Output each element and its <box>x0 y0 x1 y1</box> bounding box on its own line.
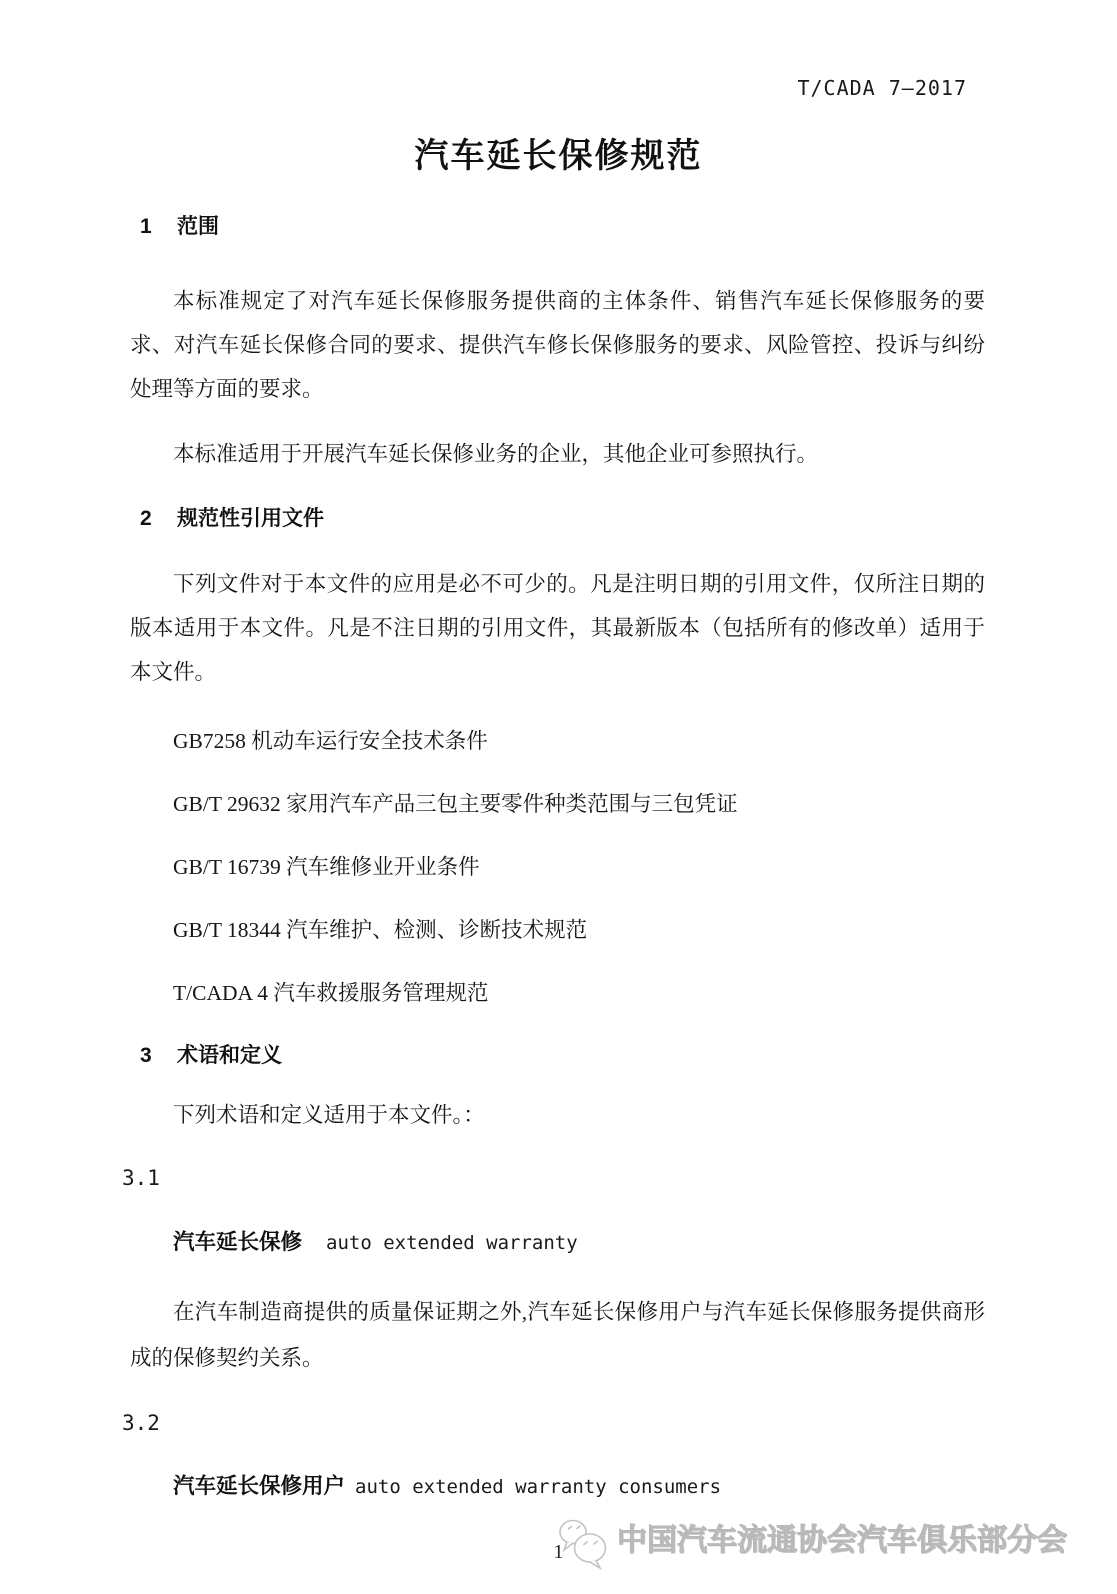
reference-item: GB/T 18344 汽车维护、检测、诊断技术规范 <box>173 908 985 952</box>
section-3-label: 术语和定义 <box>177 1041 282 1071</box>
reference-item: GB/T 16739 汽车维修业开业条件 <box>173 845 985 889</box>
wechat-icon <box>555 1510 611 1572</box>
reference-item: T/CADA 4 汽车救援服务管理规范 <box>173 971 985 1015</box>
document-page: T/CADA 7—2017 汽车延长保修规范 1 范围 本标准规定了对汽车延长保… <box>0 0 1117 1594</box>
references-intro-paragraph: 下列文件对于本文件的应用是必不可少的。凡是注明日期的引用文件，仅所注日期的版本适… <box>130 562 985 694</box>
section-3-number: 3 <box>140 1041 177 1071</box>
reference-item: GB/T 29632 家用汽车产品三包主要零件种类范围与三包凭证 <box>173 782 985 826</box>
standard-code: T/CADA 7—2017 <box>797 74 967 102</box>
term-3-1-number: 3.1 <box>122 1163 160 1193</box>
section-2-number: 2 <box>140 504 177 534</box>
term-3-1-title: 汽车延长保修 auto extended warranty <box>173 1227 578 1258</box>
terms-intro-paragraph: 下列术语和定义适用于本文件。： <box>173 1093 985 1137</box>
term-3-2-title-en: auto extended warranty consumers <box>355 1472 721 1502</box>
document-title: 汽车延长保修规范 <box>0 134 1117 178</box>
section-2-heading: 2 规范性引用文件 <box>140 504 324 534</box>
footer-watermark: 中国汽车流通协会汽车俱乐部分会 <box>555 1510 1067 1572</box>
section-1-number: 1 <box>140 212 177 242</box>
term-3-2-number: 3.2 <box>122 1408 160 1438</box>
term-3-1-title-en: auto extended warranty <box>326 1228 578 1258</box>
section-3-heading: 3 术语和定义 <box>140 1041 282 1071</box>
scope-paragraph-1: 本标准规定了对汽车延长保修服务提供商的主体条件、销售汽车延长保修服务的要求、对汽… <box>130 279 985 411</box>
watermark-text: 中国汽车流通协会汽车俱乐部分会 <box>617 1510 1067 1572</box>
reference-item: GB7258 机动车运行安全技术条件 <box>173 719 985 763</box>
term-3-1-title-zh: 汽车延长保修 <box>173 1227 302 1257</box>
section-2-label: 规范性引用文件 <box>177 504 324 534</box>
normative-references-list: GB7258 机动车运行安全技术条件 GB/T 29632 家用汽车产品三包主要… <box>173 719 985 1034</box>
section-1-heading: 1 范围 <box>140 212 219 242</box>
section-1-label: 范围 <box>177 212 219 242</box>
term-3-1-definition: 在汽车制造商提供的质量保证期之外,汽车延长保修用户与汽车延长保修服务提供商形成的… <box>130 1289 985 1381</box>
term-3-2-title-zh: 汽车延长保修用户 <box>173 1471 345 1501</box>
scope-paragraph-2: 本标准适用于开展汽车延长保修业务的企业，其他企业可参照执行。 <box>130 432 985 476</box>
term-3-2-title: 汽车延长保修用户 auto extended warranty consumer… <box>173 1471 721 1502</box>
